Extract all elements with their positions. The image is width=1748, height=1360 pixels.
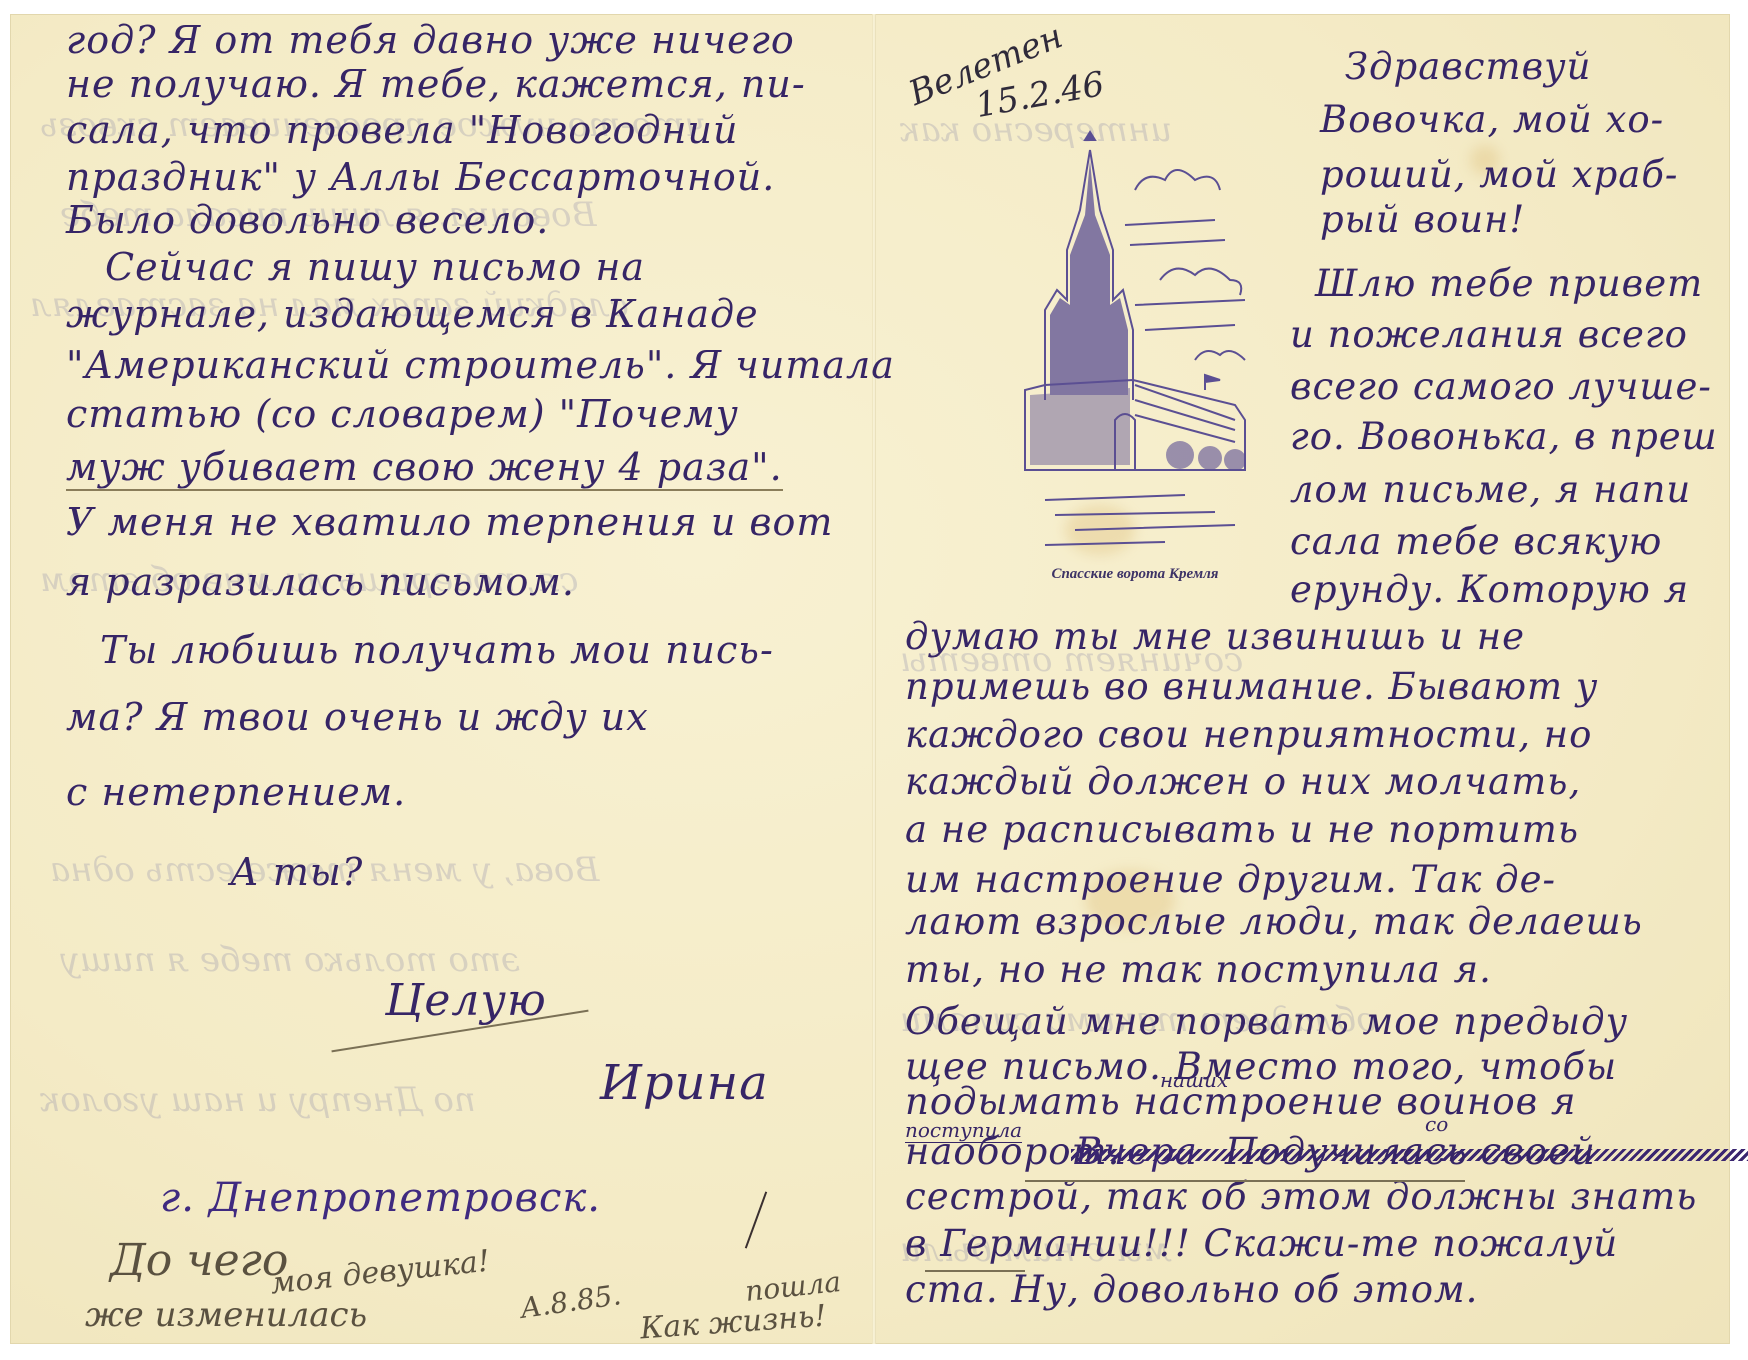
pencil-note: же изменилась [85, 1295, 367, 1335]
letter-line: им настроение другим. Так де- [905, 858, 1556, 901]
letter-line: Было довольно весело. [66, 198, 549, 242]
letter-line: Обещай мне порвать мое предыду [905, 1000, 1628, 1043]
letter-line: ерунду. Которую я [1290, 568, 1689, 611]
letter-line: всего самого лучше- [1290, 365, 1712, 408]
letter-line: го. Вовонька, в преш [1290, 415, 1718, 458]
letter-line: Сейчас я пишу письмо на [105, 245, 645, 289]
letter-line: сала, что провела "Новогодний [66, 108, 738, 152]
letter-line: У меня не хватило терпения и вот [66, 500, 833, 544]
letter-line: подымать настроение воинов я [905, 1080, 1576, 1123]
letter-line: лом письме, я напи [1290, 468, 1691, 511]
letter-line: думаю ты мне извинишь и не [905, 615, 1525, 658]
letter-line: год? Я от тебя давно уже ничего [66, 18, 795, 62]
letter-line: ста. Ну, довольно об этом. [905, 1268, 1478, 1311]
letter-line: "Американский строитель". Я читала [66, 343, 895, 387]
letter-line: каждый должен о них молчать, [905, 760, 1581, 803]
letter-line: примешь во внимание. Бывают у [905, 665, 1598, 708]
letter-line: а не расписывать и не портить [905, 808, 1579, 851]
letter-line: я разразилась письмом. [66, 560, 575, 604]
place-name: г. Днепропетровск. [160, 1175, 601, 1221]
kremlin-tower-stamp-icon [985, 130, 1275, 570]
stamp-caption: Спасские ворота Кремля [1005, 566, 1265, 583]
letter-line: с нетерпением. [66, 770, 406, 814]
letter-line: ма? Я твои очень и жду их [66, 695, 649, 739]
letter-line: статью (со словарем) "Почему [66, 392, 739, 436]
signature: Ирина [600, 1055, 769, 1111]
letter-line: журнале, издающемся в Канаде [66, 292, 759, 336]
letter-line: и пожелания всего [1290, 313, 1688, 356]
letter-line: не получаю. Я тебе, кажется, пи- [66, 62, 806, 106]
letter-line: праздник" у Аллы Бессарточной. [66, 155, 775, 199]
pencil-note: До чего [110, 1235, 288, 1286]
letter-line: ты, но не так поступила я. [905, 948, 1492, 991]
letter-line: Шлю тебе привет [1315, 262, 1703, 305]
letter-line-part: Подучилась своей [1225, 1130, 1596, 1173]
letter-line: каждого свои неприятности, но [905, 713, 1592, 756]
letter-line: в Германии!!! Скажи-те пожалуй [905, 1222, 1618, 1265]
letter-line: лают взрослые люди, так делаешь [905, 900, 1643, 943]
letter-line: рый воин! [1320, 198, 1525, 241]
letter-line-underlined: муж убивает свою жену 4 раза". [66, 445, 783, 491]
pencil-underline [1025, 1180, 1465, 1182]
letter-line: Здравствуй [1345, 45, 1591, 88]
letter-line: роший, мой храб- [1320, 153, 1678, 196]
letter-line: сала тебе всякую [1290, 520, 1662, 563]
letter-line: Вовочка, мой хо- [1320, 98, 1664, 141]
closing: Целую [385, 975, 547, 1026]
letter-line: А ты? [230, 850, 363, 894]
letter-line: Ты любишь получать мои пись- [100, 628, 774, 672]
center-fold [872, 14, 876, 1344]
